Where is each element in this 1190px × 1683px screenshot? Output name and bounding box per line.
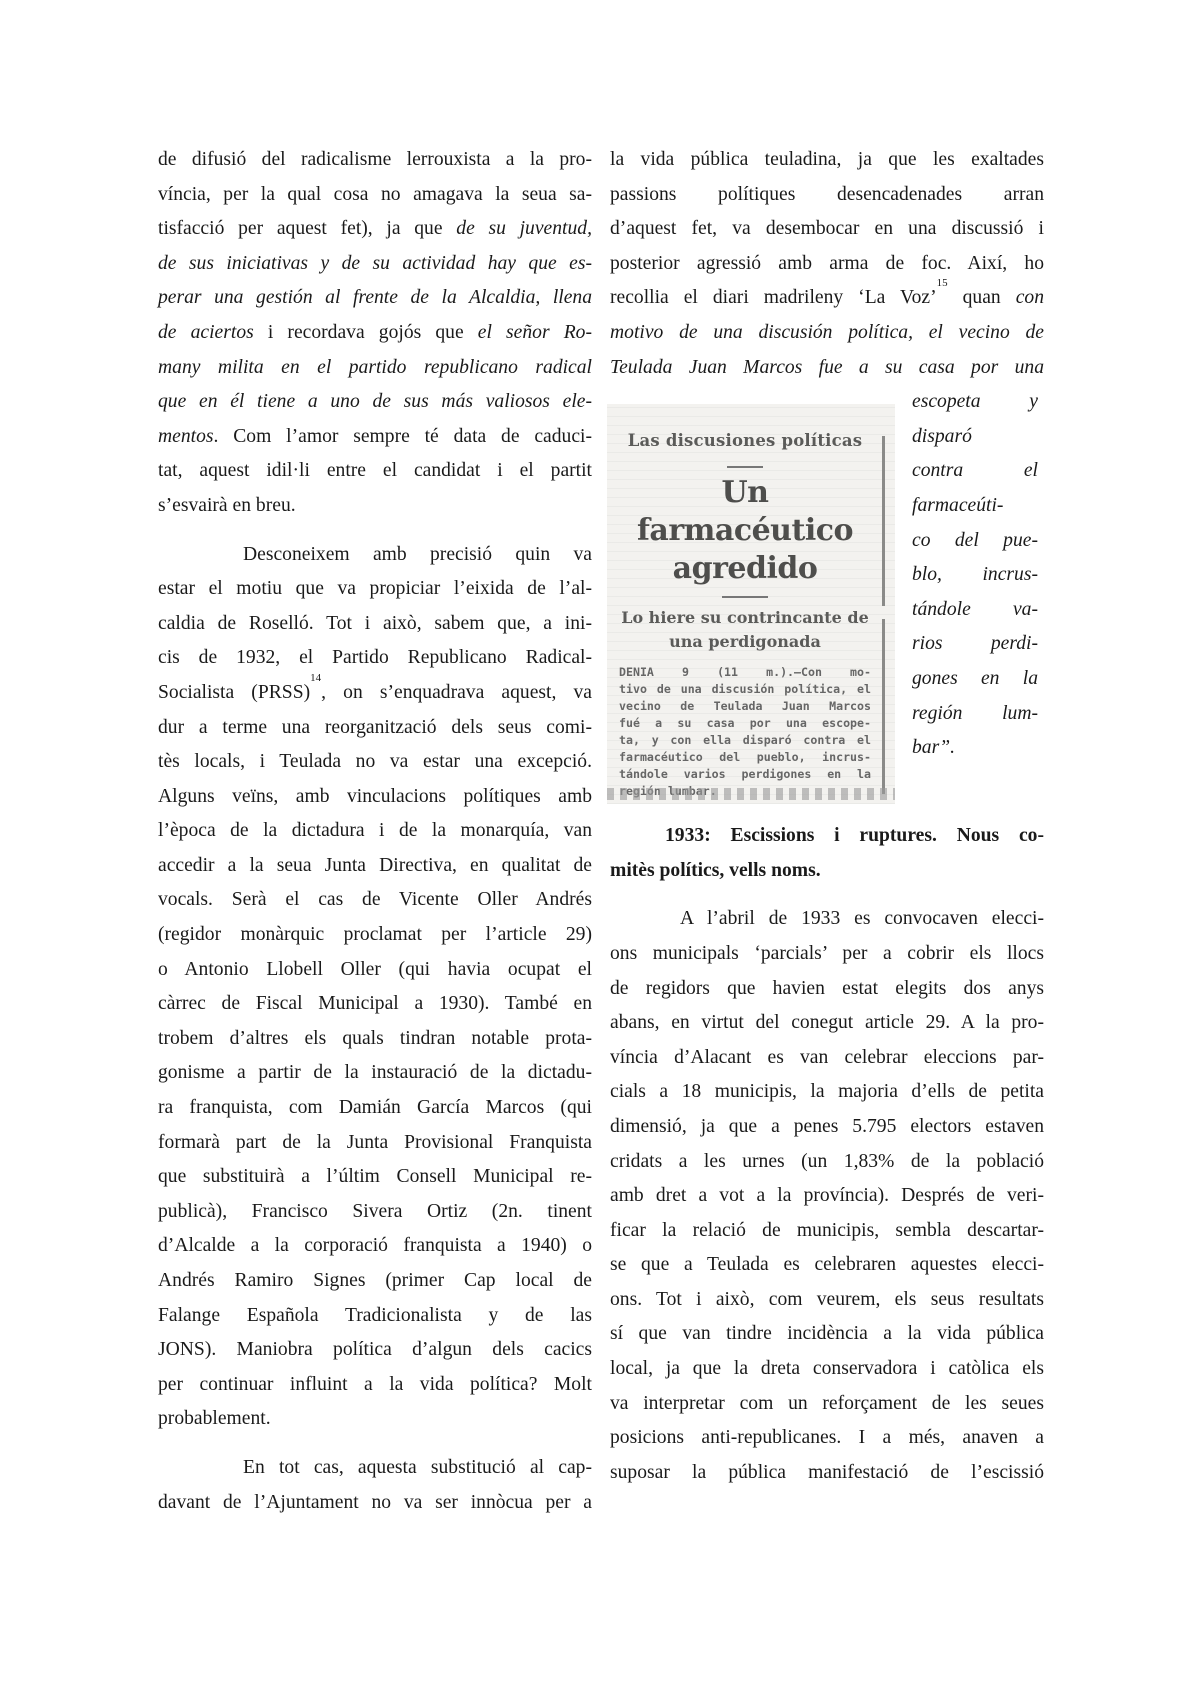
text-line: Andrés Ramiro Signes (primer Cap local d… xyxy=(158,1264,592,1299)
text-line: d’aquest fet, va desembocar en una discu… xyxy=(610,212,1044,247)
text-line: suposar la pública manifestació de l’esc… xyxy=(610,1456,1044,1491)
text-line: Teulada Juan Marcos fue a su casa por un… xyxy=(610,351,1044,386)
text-line: recollia el diari madrileny ‘La Voz’15 q… xyxy=(610,281,1044,316)
clipping-torn-edge xyxy=(607,788,895,800)
footnote-ref[interactable]: 15 xyxy=(937,277,948,289)
text-line: farmaceúti- xyxy=(912,489,1038,524)
clipping-line: farmacéutico del pueblo, incrus- xyxy=(619,749,871,766)
paragraph: En tot cas, aquesta substitució al cap- … xyxy=(158,1451,592,1520)
divider xyxy=(727,466,763,468)
paragraph: de difusió del radicalisme lerrouxista a… xyxy=(158,143,592,524)
clipping-line: fué a su casa por una escope- xyxy=(619,715,871,732)
text-line: cials a 18 municipis, la majoria d’ells … xyxy=(610,1075,1044,1110)
column-rule xyxy=(882,436,885,606)
newspaper-clipping-image: Las discusiones políticas Un farmacéutic… xyxy=(607,404,895,804)
text-line: co del pue- xyxy=(912,524,1038,559)
text-line: s’esvairà en breu. xyxy=(158,489,592,524)
text-line: de difusió del radicalisme lerrouxista a… xyxy=(158,143,592,178)
text-line: que substituirà a l’últim Consell Munici… xyxy=(158,1160,592,1195)
text-line: publicà), Francisco Sivera Ortiz (2n. ti… xyxy=(158,1195,592,1230)
text-line: vocals. Serà el cas de Vicente Oller And… xyxy=(158,883,592,918)
text-line: l’època de la dictadura i de la monarquí… xyxy=(158,814,592,849)
text-line: probablement. xyxy=(158,1402,592,1437)
text-line: davant de l’Ajuntament no va ser innòcua… xyxy=(158,1486,592,1521)
clipping-line: vecino de Teulada Juan Marcos xyxy=(619,698,871,715)
text-line: d’Alcalde a la corporació franquista a 1… xyxy=(158,1229,592,1264)
text-line: cridats a les urnes (un 1,83% de la pobl… xyxy=(610,1145,1044,1180)
text-line: disparó xyxy=(912,420,1038,455)
heading-line: mitès polítics, vells noms. xyxy=(610,854,1044,889)
divider xyxy=(722,596,768,598)
text-line: que en él tiene a uno de sus más valioso… xyxy=(158,385,592,420)
text-line: o Antonio Llobell Oller (qui havia ocupa… xyxy=(158,953,592,988)
text-line: En tot cas, aquesta substitució al cap- xyxy=(158,1451,592,1486)
text-line: va interpretar com un reforçament de les… xyxy=(610,1387,1044,1422)
clipping-row: Las discusiones políticas Un farmacéutic… xyxy=(610,385,1044,805)
text-line: ons municipals ‘parcials’ per a cobrir e… xyxy=(610,937,1044,972)
clipping-line: tándole varios perdigones en la xyxy=(619,766,871,783)
text-line: de regidors que havien estat elegits dos… xyxy=(610,972,1044,1007)
text-line: blo, incrus- xyxy=(912,558,1038,593)
text-line: amb dret a vot a la província). Després … xyxy=(610,1179,1044,1214)
text-line: dimensió, ja que a penes 5.795 electors … xyxy=(610,1110,1044,1145)
text-line: abans, en virtut del conegut article 29.… xyxy=(610,1006,1044,1041)
text-line: escopeta y xyxy=(912,385,1038,420)
text-line: tat, aquest idil·li entre el candidat i … xyxy=(158,454,592,489)
column-rule xyxy=(882,619,885,794)
text-line: motivo de una discusión política, el vec… xyxy=(610,316,1044,351)
text-line: caldia de Roselló. Tot i això, sabem que… xyxy=(158,607,592,642)
text-line: contra el xyxy=(912,454,1038,489)
text-line: perar una gestión al frente de la Alcald… xyxy=(158,281,592,316)
text-line: trobem d’altres els quals tindran notabl… xyxy=(158,1022,592,1057)
clipping-body: DENIA 9 (11 m.).—Con mo- tivo de una dis… xyxy=(619,664,871,800)
text-line: A l’abril de 1933 es convocaven elecci- xyxy=(610,902,1044,937)
text-line: local, ja que la dreta conservadora i ca… xyxy=(610,1352,1044,1387)
text-line: Alguns veïns, amb vinculacions polítique… xyxy=(158,780,592,815)
text-line: passions polítiques desencadenades arran xyxy=(610,178,1044,213)
left-column: de difusió del radicalisme lerrouxista a… xyxy=(158,143,592,1520)
text-line: de sus iniciativas y de su actividad hay… xyxy=(158,247,592,282)
clipping-subhead: una perdigonada xyxy=(619,630,871,654)
text-line: sí que van tindre incidència a la vida p… xyxy=(610,1317,1044,1352)
text-line: estar el motiu que va propiciar l’eixida… xyxy=(158,572,592,607)
text-line: cis de 1932, el Partido Republicano Radi… xyxy=(158,641,592,676)
paragraph: A l’abril de 1933 es convocaven elecci- … xyxy=(610,902,1044,1490)
clipping-line: ta, y con ella disparó contra el xyxy=(619,732,871,749)
text-line: se que a Teulada es celebraren aquestes … xyxy=(610,1248,1044,1283)
text-line: tándole va- xyxy=(912,593,1038,628)
text-line: gones en la xyxy=(912,662,1038,697)
text-line: posicions anti-republicanes. I a més, an… xyxy=(610,1421,1044,1456)
section-heading: 1933: Escissions i ruptures. Nous co- mi… xyxy=(610,819,1044,888)
text-line: many milita en el partido republicano ra… xyxy=(158,351,592,386)
text-line: víncia, per la qual cosa no amagava la s… xyxy=(158,178,592,213)
text-line: JONS). Maniobra política d’algun dels ca… xyxy=(158,1333,592,1368)
paragraph: Desconeixem amb precisió quin va estar e… xyxy=(158,538,592,1437)
text-line: Desconeixem amb precisió quin va xyxy=(158,538,592,573)
text-line: la vida pública teuladina, ja que les ex… xyxy=(610,143,1044,178)
text-line: rios perdi- xyxy=(912,627,1038,662)
clipping-kicker: Las discusiones políticas xyxy=(619,424,871,459)
text-line: mentos. Com l’amor sempre té data de cad… xyxy=(158,420,592,455)
text-line: posterior agressió amb arma de foc. Així… xyxy=(610,247,1044,282)
text-line: formarà part de la Junta Provisional Fra… xyxy=(158,1126,592,1161)
text-line: Socialista (PRSS)14, on s’enquadrava aqu… xyxy=(158,676,592,711)
right-column: la vida pública teuladina, ja que les ex… xyxy=(610,143,1044,1490)
text-line: víncia d’Alacant es van celebrar eleccio… xyxy=(610,1041,1044,1076)
text-line: (regidor monàrquic proclamat per l’artic… xyxy=(158,918,592,953)
footnote-ref[interactable]: 14 xyxy=(310,672,321,684)
paragraph: la vida pública teuladina, ja que les ex… xyxy=(610,143,1044,805)
text-line: región lum- xyxy=(912,697,1038,732)
text-line: ficar la relació de municipis, sembla de… xyxy=(610,1214,1044,1249)
text-line: càrrec de Fiscal Municipal a 1930). Tamb… xyxy=(158,987,592,1022)
clipping-content: Las discusiones políticas Un farmacéutic… xyxy=(619,424,871,800)
clipping-headline: Un farmacéutico xyxy=(619,474,871,550)
text-line: Falange Española Tradicionalista y de la… xyxy=(158,1299,592,1334)
text-line: accedir a la seua Junta Directiva, en qu… xyxy=(158,849,592,884)
wrapped-quote: escopeta y disparó contra el farmaceúti-… xyxy=(912,385,1038,766)
text-line: de aciertos i recordava gojós que el señ… xyxy=(158,316,592,351)
text-line: ra franquista, com Damián García Marcos … xyxy=(158,1091,592,1126)
clipping-headline: agredido xyxy=(619,550,871,588)
text-line: tès locals, i Teulada no va estar una ex… xyxy=(158,745,592,780)
text-line: dur a terme una reorganització dels seus… xyxy=(158,711,592,746)
clipping-line: DENIA 9 (11 m.).—Con mo- xyxy=(619,664,871,681)
clipping-subhead: Lo hiere su contrincante de xyxy=(619,606,871,630)
clipping-line: tivo de una discusión política, el xyxy=(619,681,871,698)
text-line: tisfacció per aquest fet), ja que de su … xyxy=(158,212,592,247)
text-line: gonisme a partir de la instauració de la… xyxy=(158,1056,592,1091)
heading-line: 1933: Escissions i ruptures. Nous co- xyxy=(610,819,1044,854)
text-line: per continuar influint a la vida polític… xyxy=(158,1368,592,1403)
text-line: bar”. xyxy=(912,731,1038,766)
quote-italic: de su juventud, xyxy=(456,218,592,239)
text-line: ons. Tot i això, com veurem, els seus re… xyxy=(610,1283,1044,1318)
